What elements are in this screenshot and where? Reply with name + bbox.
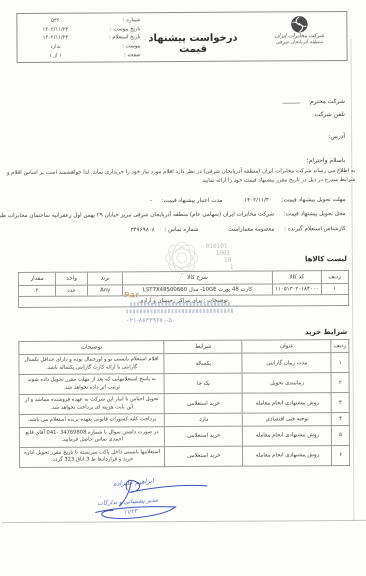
cond-title: روش پیشنهادی انجام معامله — [243, 445, 332, 466]
logo-region-name: منطقه آذربایجان شرقی — [260, 40, 338, 46]
vendor-watermark-phone: ۰۲۱-۸۸۳۴۹۶۷۰-۵ — [126, 316, 172, 324]
cond-description: به پاسخ استعلامهایی که بعد از مهلت مقرر … — [19, 374, 164, 395]
recipient-address-label: آدرس: — [328, 133, 345, 140]
deadline-value: ۱۴۰۲/۱۱/۳۰ — [244, 197, 272, 203]
goods-col-desc: شرح کالا — [123, 271, 273, 285]
field-value: ۱ از ۱ — [23, 52, 89, 58]
page-crease-line — [350, 39, 354, 521]
condition-row-3: ۳ روش پیشنهادی انجام معامله خرید استعلام… — [19, 392, 349, 414]
cond-value: خرید استعلامی — [164, 393, 242, 413]
vendor-watermark-line2 — [126, 309, 234, 314]
cond-value: خرید استعلامی — [165, 446, 243, 466]
vendor-watermark-partial: Par — [124, 290, 140, 299]
cond-row-number: ۴ — [332, 412, 350, 425]
goods-item-unit: عدد — [56, 285, 88, 296]
cond-title: روش پیشنهادی انجام معامله — [243, 425, 332, 446]
signature-block: ابراهیم علیزاده مدیر پشتیبانی و تدارکات … — [79, 476, 229, 533]
place-label: محل تحویل پیشنهاد قیمت: — [284, 211, 346, 217]
condition-row-1: ۱ مدت زمان گارانتی یکساله اقلام استعلام … — [19, 352, 349, 374]
cond-description: استعلامها بایستی داخل پاکت سربسته تا تار… — [19, 446, 164, 467]
cond-row-number: ۳ — [332, 392, 350, 412]
cond-value: خرید استعلامی — [165, 426, 243, 446]
conditions-table: ردیف عنوان شرایط توضیحات ۱ مدت زمان گارا… — [18, 339, 350, 468]
goods-col-row: ردیف — [321, 270, 349, 283]
meta-expert-line: کارشناس استعلام گیرنده : معصومه معماراست… — [131, 226, 346, 233]
deadline-label: مهلت تحویل پیشنهاد قیمت: — [282, 197, 346, 203]
field-label: پیوست : — [89, 43, 141, 49]
field-value: ندارد — [23, 44, 89, 50]
cond-description: در صورت داشتن سوال با شماره 34769808 -04… — [19, 426, 164, 447]
field-value: ۱۴۰۲/۱۱/۲۳ — [22, 35, 88, 41]
cond-value: یک جا — [164, 373, 242, 393]
cond-row-number: ۶ — [332, 445, 350, 465]
vendor-watermark-line1 — [130, 302, 230, 307]
goods-col-code: کد کالا — [272, 271, 321, 284]
goods-item-qty: ۲ — [18, 285, 55, 296]
scanned-rfq-document: شماره : ۵۳۶ تاریخ پیوست : ۱۴۰۲/۱۱/۲۳ تار… — [0, 0, 366, 576]
cond-col-row: ردیف — [331, 339, 349, 352]
goods-item-desc: کارت 48 پورت 10GE- مدل LST7X48500660 — [123, 284, 273, 296]
goods-col-brand: برند — [88, 272, 123, 285]
goods-col-qty: مقدار — [18, 272, 55, 285]
meta-deadline-line: مهلت تحویل پیشنهاد قیمت: ۱۴۰۲/۱۱/۳۰ مدت … — [150, 197, 346, 204]
cond-description: تحویل اجناس تا انبار این شرکت به عهده فر… — [19, 394, 164, 415]
contact-value: ۳۴۷۶۹۸۰۸ — [131, 227, 155, 233]
condition-row-5: ۵ روش پیشنهادی انجام معامله خرید استعلام… — [19, 425, 349, 447]
company-logo-block: شرکت مخابرات ایران منطقه آذربایجان شرقی — [260, 14, 338, 46]
cond-description: پرداخت کلیه کسورات قانونی بعهده برنده اس… — [19, 414, 164, 427]
cond-value: یکساله — [164, 353, 242, 373]
place-value: شرکت مخابرات ایران (سهامی عام) منطقه آذر… — [0, 211, 274, 219]
recipient-company-line: شرکت محترم ــــــــــ — [282, 98, 344, 105]
cond-col-cond: شرایط — [164, 340, 242, 353]
goods-col-unit: واحد — [55, 272, 87, 285]
field-label: صفحه : — [89, 52, 141, 58]
goods-item-code: ۱۱۰۵۱۳۰۲۰۱۸۴۰۰۰ — [273, 284, 322, 295]
recipient-phone-label: تلفن شرکت — [315, 111, 345, 118]
cond-title: روش پیشنهادی انجام معامله — [243, 393, 332, 414]
field-value: ۱۴۰۲/۱۱/۲۳ — [22, 26, 88, 32]
expert-label: کارشناس استعلام گیرنده : — [284, 226, 346, 232]
recipient-company-label: شرکت محترم — [310, 98, 345, 105]
recipient-address-line: آدرس: — [328, 133, 345, 140]
salutation-line: باسلام واحترام؛ — [307, 157, 345, 164]
goods-item-brand: Any — [88, 285, 123, 296]
cond-title: توجیه فنی اقتصادی — [243, 413, 332, 426]
condition-row-6: ۶ روش پیشنهادی انجام معامله خرید استعلام… — [19, 445, 349, 467]
salutation-text: باسلام واحترام؛ — [307, 157, 345, 164]
expert-value: معصومه معماراست — [228, 226, 274, 232]
meta-place-line: محل تحویل پیشنهاد قیمت: شرکت مخابرات ایر… — [0, 211, 346, 219]
recipient-phone-line: تلفن شرکت — [315, 111, 345, 118]
conditions-heading: شرایط خرید — [305, 328, 347, 336]
condition-row-2: ۲ زمانبندی تحویل یک جا به پاسخ استعلامها… — [19, 372, 349, 394]
header-field-page: صفحه : ۱ از ۱ — [23, 51, 141, 60]
header-fields: شماره : ۵۳۶ تاریخ پیوست : ۱۴۰۲/۱۱/۲۳ تار… — [22, 16, 140, 60]
binary-watermark: 010101 1001 10 1 — [206, 243, 234, 271]
field-label: شماره : — [88, 18, 140, 24]
cond-row-number: ۵ — [332, 425, 350, 445]
cond-title: مدت زمان گارانتی — [242, 353, 331, 374]
intro-paragraph: به اطلاع می رساند شرکت مخابرات ایران (من… — [5, 167, 355, 187]
field-label: تاریخ استعلام : — [88, 35, 140, 41]
cond-value: دارد — [165, 413, 243, 426]
recipient-company-blank: ــــــــــ — [282, 98, 300, 105]
goods-row-number: ۱ — [321, 283, 349, 294]
cond-row-number: ۲ — [331, 372, 349, 392]
validity-value: - — [150, 198, 152, 204]
telecom-logo-icon — [290, 15, 308, 33]
contact-label: شماره تماس : — [164, 227, 198, 233]
cond-col-desc: توضیحات — [19, 341, 164, 355]
document-title: درخواست پیشنهاد قیمت — [135, 33, 250, 56]
cond-col-title: عنوان — [242, 340, 331, 354]
goods-heading: لیست کالاها — [305, 255, 347, 263]
cond-row-number: ۱ — [331, 352, 349, 372]
field-value: ۵۳۶ — [22, 18, 88, 24]
document-header: شماره : ۵۳۶ تاریخ پیوست : ۱۴۰۲/۱۱/۲۳ تار… — [16, 11, 347, 63]
field-label: تاریخ پیوست : — [88, 26, 140, 32]
cond-description: اقلام استعلام بایستی نو و اورجینال بوده … — [19, 354, 164, 375]
cond-title: زمانبندی تحویل — [242, 373, 331, 394]
validity-label: مدت اعتبار پیشنهاد قیمت: — [162, 198, 223, 204]
